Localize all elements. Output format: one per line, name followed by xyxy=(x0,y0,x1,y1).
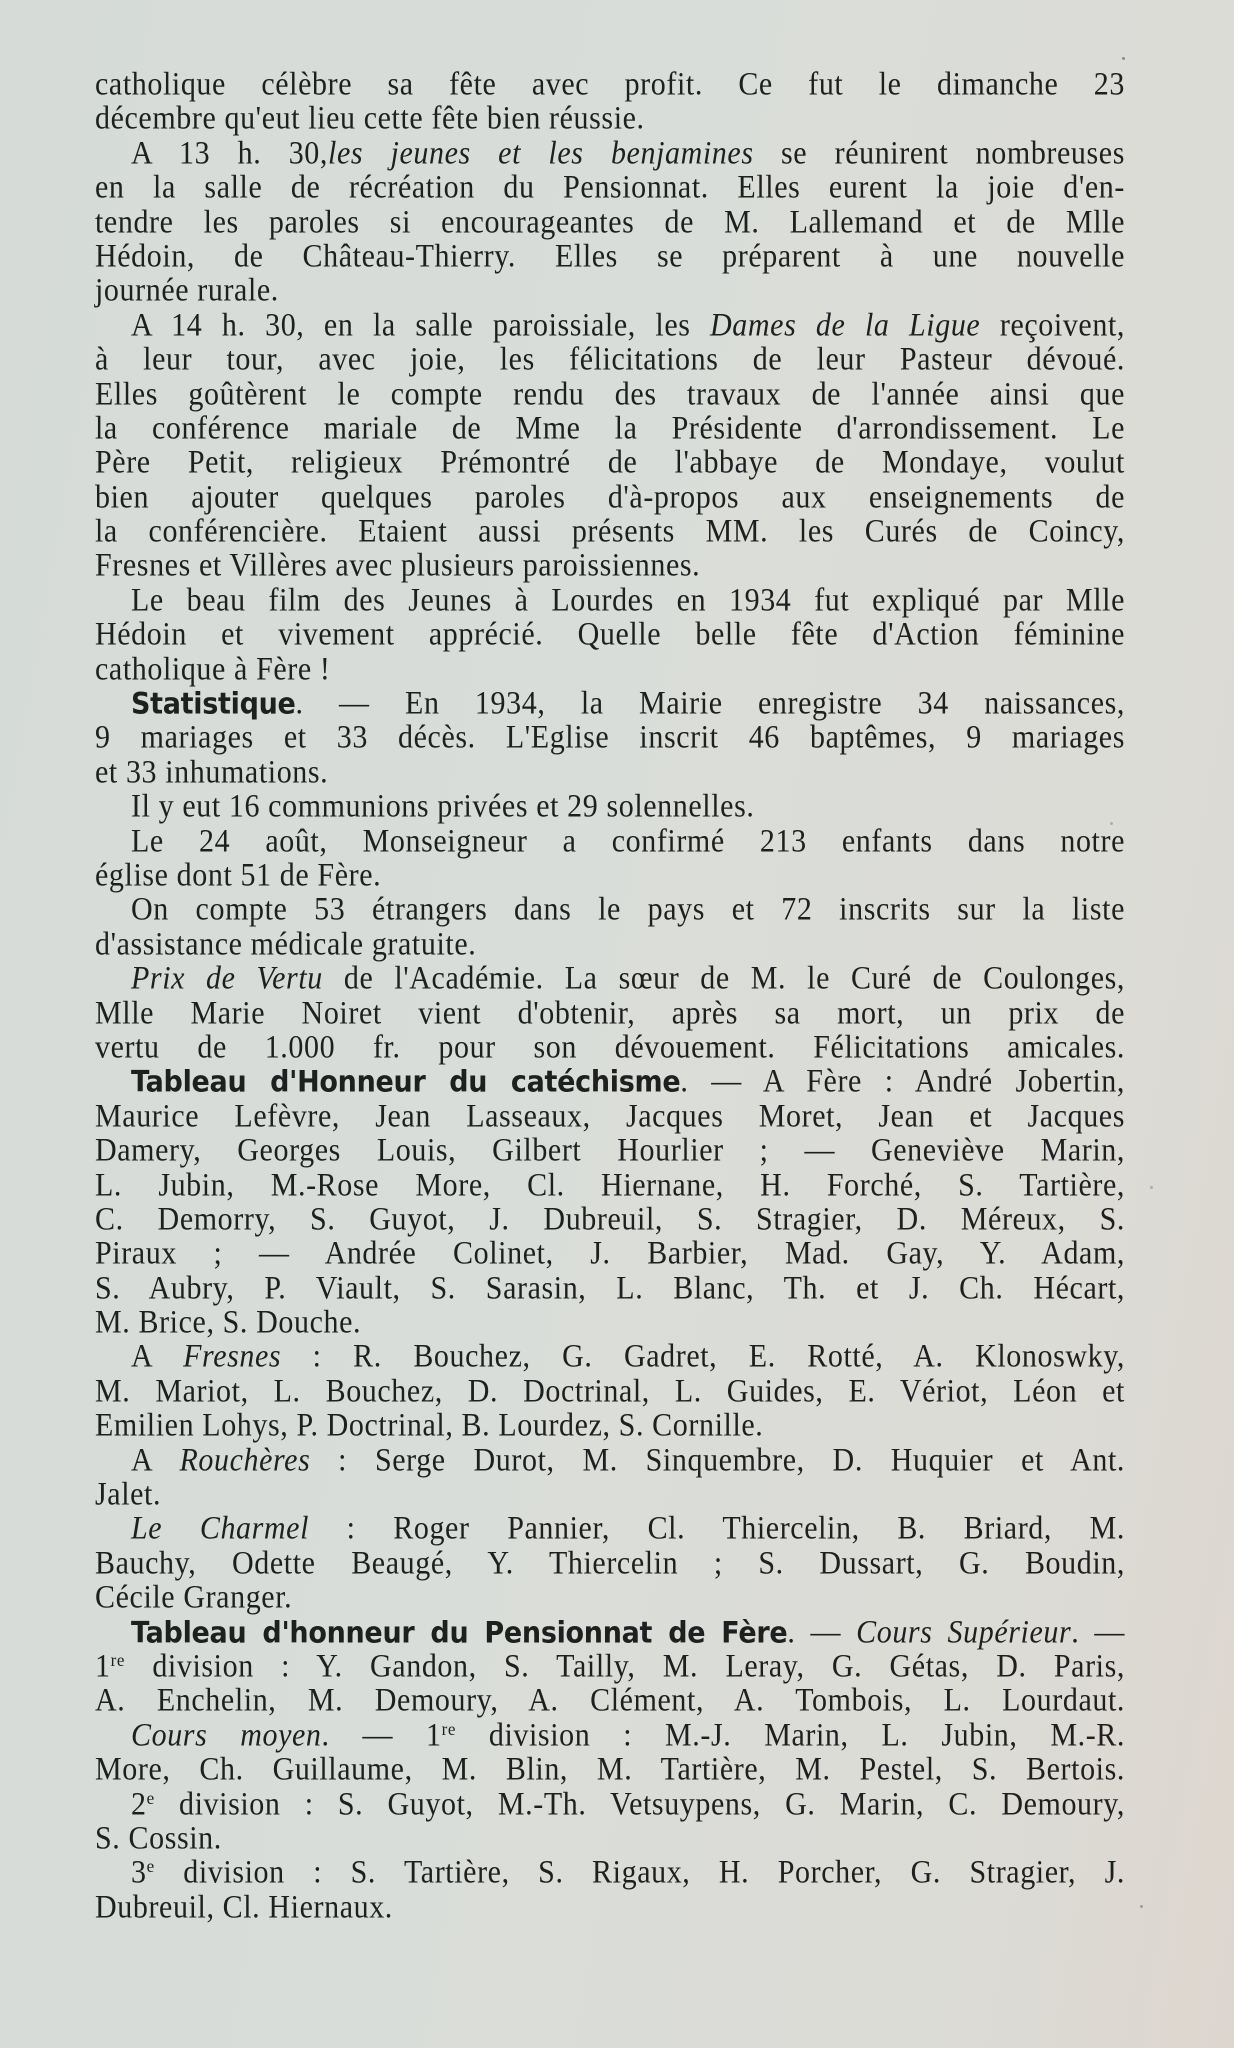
body-text: d'assistance médicale gratuite. xyxy=(95,926,476,962)
text-line: d'assistance médicale gratuite. xyxy=(95,926,1125,963)
text-line: Emilien Lohys, P. Doctrinal, B. Lourdez,… xyxy=(95,1408,1125,1445)
text-line: tendre les paroles si encourageantes de … xyxy=(95,204,1125,241)
body-text: à leur tour, avec joie, les félicitation… xyxy=(95,342,1125,378)
text-line: M. Mariot, L. Bouchez, D. Doctrinal, L. … xyxy=(95,1373,1125,1410)
body-text: église dont 51 de Fère. xyxy=(95,858,381,894)
body-text: M. Brice, S. Douche. xyxy=(95,1305,361,1341)
text-line: Cécile Granger. xyxy=(95,1580,1125,1617)
body-text: division : M.-J. Marin, L. Jubin, M.-R. xyxy=(456,1717,1125,1753)
body-text: Maurice Lefèvre, Jean Lasseaux, Jacques … xyxy=(95,1098,1125,1134)
text-line: Le beau film des Jeunes à Lourdes en 193… xyxy=(95,582,1125,619)
body-text: . — xyxy=(787,1614,856,1650)
text-line: A Fresnes : R. Bouchez, G. Gadret, E. Ro… xyxy=(95,1339,1125,1376)
text-line: A Rouchères : Serge Durot, M. Sinquembre… xyxy=(95,1442,1125,1479)
text-line: Elles goûtèrent le compte rendu des trav… xyxy=(95,376,1125,413)
text-line: A 14 h. 30, en la salle paroissiale, les… xyxy=(95,307,1125,344)
body-text: Elles goûtèrent le compte rendu des trav… xyxy=(95,376,1125,412)
body-text: 2 xyxy=(131,1786,147,1822)
body-text: . — xyxy=(1071,1614,1125,1650)
body-text: Fresnes et Villères avec plusieurs paroi… xyxy=(95,548,700,584)
body-text: A xyxy=(131,1442,179,1478)
text-line: 1re division : Y. Gandon, S. Tailly, M. … xyxy=(95,1649,1125,1686)
body-text: de l'Académie. La sœur de M. le Curé de … xyxy=(323,961,1125,997)
text-line: On compte 53 étrangers dans le pays et 7… xyxy=(95,892,1125,929)
body-text: Hédoin, de Château-Thierry. Elles se pré… xyxy=(95,239,1125,275)
body-text: Père Petit, religieux Prémontré de l'abb… xyxy=(95,445,1125,481)
text-line: catholique à Fère ! xyxy=(95,651,1125,688)
body-text: More, Ch. Guillaume, M. Blin, M. Tartièr… xyxy=(95,1752,1125,1788)
body-text: Jalet. xyxy=(95,1477,161,1513)
body-text: Hédoin et vivement apprécié. Quelle bell… xyxy=(95,617,1125,653)
emphasis-text: Cours moyen xyxy=(131,1717,322,1753)
text-line: Piraux ; — Andrée Colinet, J. Barbier, M… xyxy=(95,1236,1125,1273)
text-line: Le 24 août, Monseigneur a confirmé 213 e… xyxy=(95,823,1125,860)
body-text: S. Aubry, P. Viault, S. Sarasin, L. Blan… xyxy=(95,1270,1125,1306)
body-text: se réunirent nombreuses xyxy=(754,135,1125,171)
text-line: L. Jubin, M.-Rose More, Cl. Hiernane, H.… xyxy=(95,1167,1125,1204)
body-text: . — 1 xyxy=(322,1717,442,1753)
text-line: Dubreuil, Cl. Hiernaux. xyxy=(95,1889,1125,1926)
body-text: division : S. Tartière, S. Rigaux, H. Po… xyxy=(155,1855,1125,1891)
body-text: : Serge Durot, M. Sinquembre, D. Huquier… xyxy=(310,1442,1125,1478)
text-line: Le Charmel : Roger Pannier, Cl. Thiercel… xyxy=(95,1511,1125,1548)
ordinal-superscript: e xyxy=(147,1787,155,1808)
body-text: bien ajouter quelques paroles d'à-propos… xyxy=(95,479,1125,515)
emphasis-text: les jeunes et les benjamines xyxy=(328,135,754,171)
text-line: Il y eut 16 communions privées et 29 sol… xyxy=(95,789,1125,826)
body-text: . — En 1934, la Mairie enregistre 34 nai… xyxy=(296,686,1125,722)
body-text: 1 xyxy=(95,1649,111,1685)
body-text: Le beau film des Jeunes à Lourdes en 193… xyxy=(131,582,1125,618)
text-line: Hédoin, de Château-Thierry. Elles se pré… xyxy=(95,239,1125,276)
text-line: Statistique. — En 1934, la Mairie enregi… xyxy=(95,686,1125,723)
text-line: Hédoin et vivement apprécié. Quelle bell… xyxy=(95,617,1125,654)
body-text: 9 mariages et 33 décès. L'Eglise inscrit… xyxy=(95,720,1125,756)
body-text: division : Y. Gandon, S. Tailly, M. Lera… xyxy=(125,1649,1125,1685)
body-text: A. Enchelin, M. Demoury, A. Clément, A. … xyxy=(95,1683,1125,1719)
text-line: Père Petit, religieux Prémontré de l'abb… xyxy=(95,445,1125,482)
body-text: catholique célèbre sa fête avec profit. … xyxy=(95,67,1125,103)
ordinal-superscript: e xyxy=(147,1856,155,1877)
body-text: On compte 53 étrangers dans le pays et 7… xyxy=(131,892,1125,928)
text-line: Damery, Georges Louis, Gilbert Hourlier … xyxy=(95,1133,1125,1170)
body-text: tendre les paroles si encourageantes de … xyxy=(95,204,1125,240)
emphasis-text: Le Charmel xyxy=(131,1511,309,1547)
body-text: L. Jubin, M.-Rose More, Cl. Hiernane, H.… xyxy=(95,1167,1125,1203)
body-text: Emilien Lohys, P. Doctrinal, B. Lourdez,… xyxy=(95,1408,763,1444)
emphasis-text: Fresnes xyxy=(183,1339,281,1375)
body-text: Damery, Georges Louis, Gilbert Hourlier … xyxy=(95,1133,1125,1169)
body-text: Piraux ; — Andrée Colinet, J. Barbier, M… xyxy=(95,1236,1125,1272)
body-text: division : S. Guyot, M.-Th. Vetsuypens, … xyxy=(155,1786,1125,1822)
text-line: A 13 h. 30,les jeunes et les benjamines … xyxy=(95,135,1125,172)
body-text: la conférence mariale de Mme la Présiden… xyxy=(95,411,1125,447)
text-line: C. Demorry, S. Guyot, J. Dubreuil, S. St… xyxy=(95,1202,1125,1239)
section-heading: Statistique xyxy=(131,688,296,721)
body-text: A 14 h. 30, en la salle paroissiale, les xyxy=(131,307,710,343)
body-text: reçoivent, xyxy=(980,307,1125,343)
body-text: Bauchy, Odette Beaugé, Y. Thiercelin ; S… xyxy=(95,1545,1125,1581)
body-text: Cécile Granger. xyxy=(95,1580,292,1616)
text-line: More, Ch. Guillaume, M. Blin, M. Tartièr… xyxy=(95,1752,1125,1789)
text-line: 3e division : S. Tartière, S. Rigaux, H.… xyxy=(95,1855,1125,1892)
ordinal-superscript: re xyxy=(111,1650,125,1671)
text-line: Bauchy, Odette Beaugé, Y. Thiercelin ; S… xyxy=(95,1545,1125,1582)
text-line: à leur tour, avec joie, les félicitation… xyxy=(95,342,1125,379)
print-speck xyxy=(1122,57,1125,60)
body-text: la conférencière. Etaient aussi présents… xyxy=(95,514,1125,550)
text-line: M. Brice, S. Douche. xyxy=(95,1305,1125,1342)
scanned-page: catholique célèbre sa fête avec profit. … xyxy=(0,0,1234,2048)
body-text: A 13 h. 30, xyxy=(131,135,328,171)
section-heading: Tableau d'honneur du Pensionnat de Fère xyxy=(131,1616,787,1649)
body-text: Le 24 août, Monseigneur a confirmé 213 e… xyxy=(131,823,1125,859)
text-line: Prix de Vertu de l'Académie. La sœur de … xyxy=(95,961,1125,998)
emphasis-text: Rouchères xyxy=(179,1442,310,1478)
text-line: A. Enchelin, M. Demoury, A. Clément, A. … xyxy=(95,1683,1125,1720)
text-line: vertu de 1.000 fr. pour son dévouement. … xyxy=(95,1030,1125,1067)
text-line: la conférence mariale de Mme la Présiden… xyxy=(95,411,1125,448)
emphasis-text: Prix de Vertu xyxy=(131,961,323,997)
text-line: Tableau d'honneur du Pensionnat de Fère.… xyxy=(95,1614,1125,1651)
body-text: journée rurale. xyxy=(95,273,279,309)
body-text: Mlle Marie Noiret vient d'obtenir, après… xyxy=(95,995,1125,1031)
text-column: catholique célèbre sa fête avec profit. … xyxy=(95,68,1125,1925)
body-text: Il y eut 16 communions privées et 29 sol… xyxy=(131,789,754,825)
print-speck xyxy=(1140,1905,1143,1908)
print-speck xyxy=(1150,1186,1153,1189)
text-line: décembre qu'eut lieu cette fête bien réu… xyxy=(95,101,1125,138)
ordinal-superscript: re xyxy=(442,1718,456,1739)
text-line: 9 mariages et 33 décès. L'Eglise inscrit… xyxy=(95,720,1125,757)
body-text: 3 xyxy=(131,1855,147,1891)
body-text: Dubreuil, Cl. Hiernaux. xyxy=(95,1889,393,1925)
text-line: Mlle Marie Noiret vient d'obtenir, après… xyxy=(95,995,1125,1032)
text-line: Fresnes et Villères avec plusieurs paroi… xyxy=(95,548,1125,585)
text-line: journée rurale. xyxy=(95,273,1125,310)
emphasis-text: Dames de la Ligue xyxy=(710,307,980,343)
body-text: . — A Fère : André Jobertin, xyxy=(680,1064,1125,1100)
emphasis-text: Cours Supérieur xyxy=(856,1614,1071,1650)
section-heading: Tableau d'Honneur du catéchisme xyxy=(131,1066,680,1099)
text-line: S. Cossin. xyxy=(95,1821,1125,1858)
text-line: Jalet. xyxy=(95,1477,1125,1514)
text-line: S. Aubry, P. Viault, S. Sarasin, L. Blan… xyxy=(95,1270,1125,1307)
body-text: S. Cossin. xyxy=(95,1821,222,1857)
body-text: : R. Bouchez, G. Gadret, E. Rotté, A. Kl… xyxy=(281,1339,1125,1375)
text-line: Cours moyen. — 1re division : M.-J. Mari… xyxy=(95,1717,1125,1754)
text-line: Tableau d'Honneur du catéchisme. — A Fèr… xyxy=(95,1064,1125,1101)
text-line: bien ajouter quelques paroles d'à-propos… xyxy=(95,479,1125,516)
body-text: A xyxy=(131,1339,183,1375)
text-line: 2e division : S. Guyot, M.-Th. Vetsuypen… xyxy=(95,1786,1125,1823)
body-text: décembre qu'eut lieu cette fête bien réu… xyxy=(95,101,645,137)
body-text: vertu de 1.000 fr. pour son dévouement. … xyxy=(95,1030,1125,1066)
body-text: et 33 inhumations. xyxy=(95,754,328,790)
body-text: M. Mariot, L. Bouchez, D. Doctrinal, L. … xyxy=(95,1373,1125,1409)
body-text: : Roger Pannier, Cl. Thiercelin, B. Bria… xyxy=(309,1511,1125,1547)
text-line: en la salle de récréation du Pensionnat.… xyxy=(95,170,1125,207)
text-line: Maurice Lefèvre, Jean Lasseaux, Jacques … xyxy=(95,1098,1125,1135)
text-line: et 33 inhumations. xyxy=(95,754,1125,791)
text-line: église dont 51 de Fère. xyxy=(95,858,1125,895)
body-text: C. Demorry, S. Guyot, J. Dubreuil, S. St… xyxy=(95,1202,1125,1238)
body-text: catholique à Fère ! xyxy=(95,651,330,687)
print-speck xyxy=(1110,822,1113,825)
body-text: en la salle de récréation du Pensionnat.… xyxy=(95,170,1125,206)
text-line: catholique célèbre sa fête avec profit. … xyxy=(95,67,1125,104)
text-line: la conférencière. Etaient aussi présents… xyxy=(95,514,1125,551)
